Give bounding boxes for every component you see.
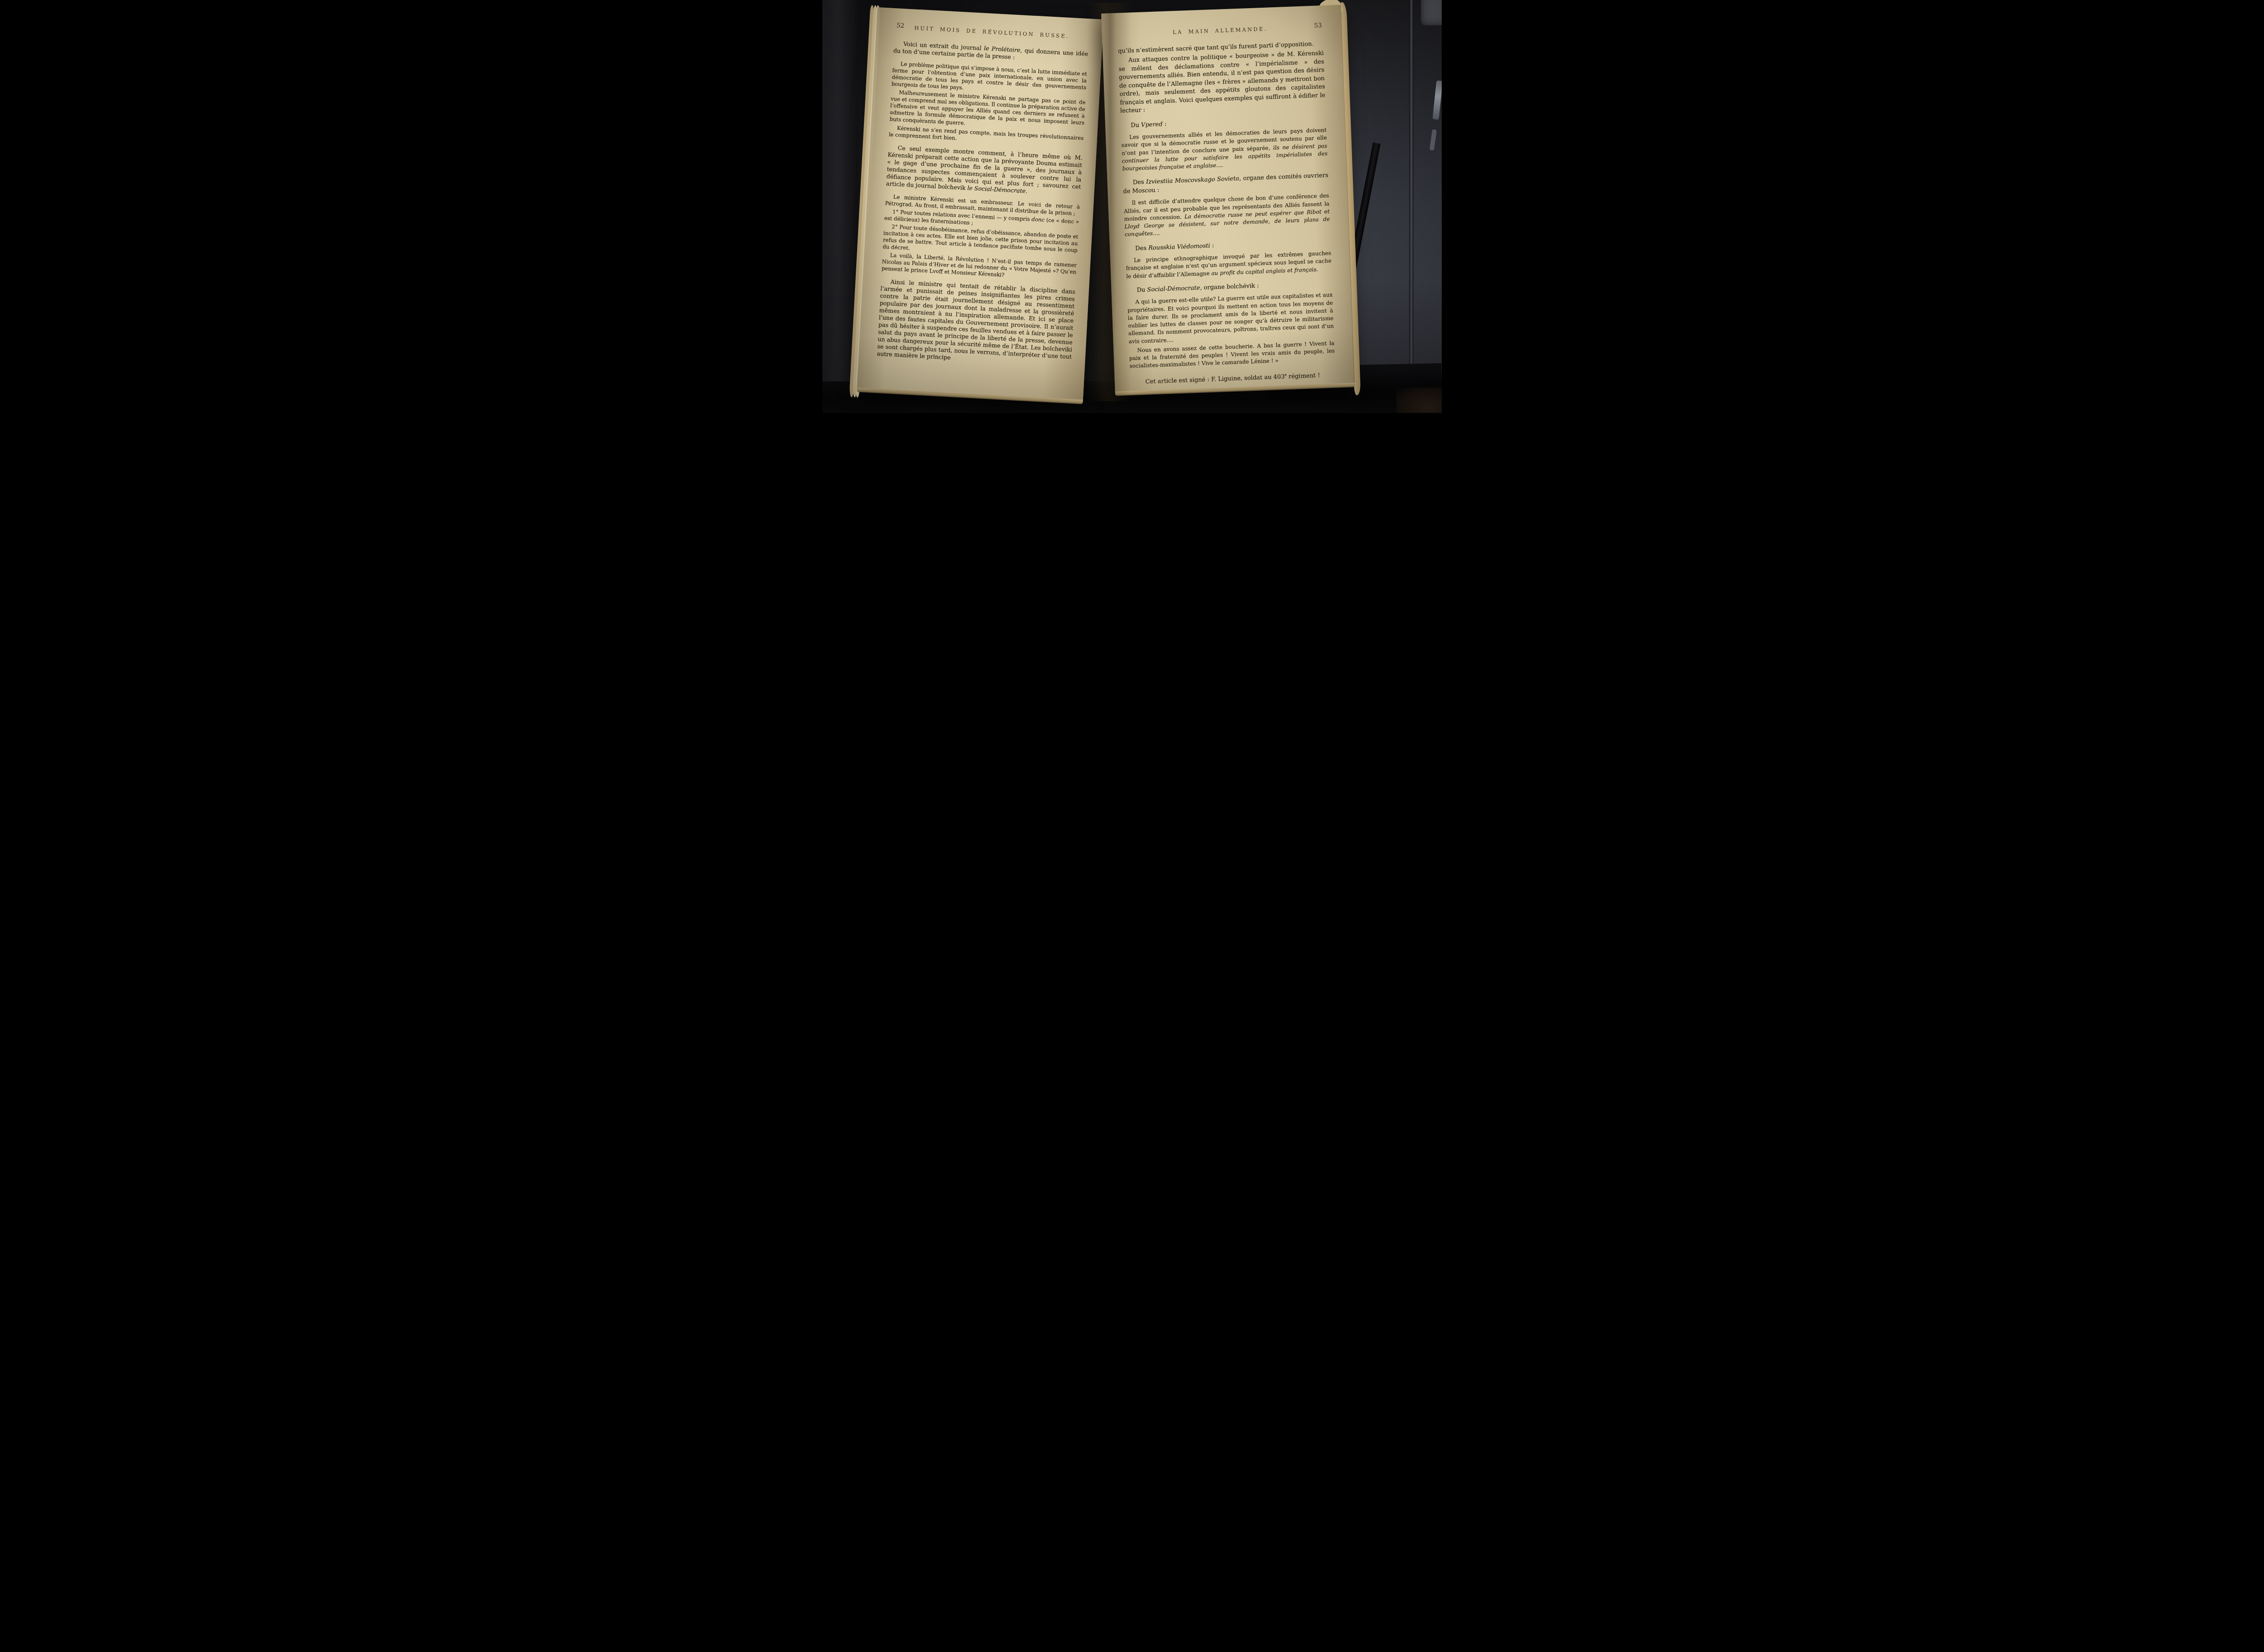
left-page-text: Voici un extrait du journal le Prolétair… xyxy=(877,40,1088,368)
open-book: 52 HUIT MOIS DE RÉVOLUTION RUSSE. Voici … xyxy=(822,0,1442,413)
right-page-header: LA MAIN ALLEMANDE. 53 xyxy=(1117,22,1323,43)
right-page: LA MAIN ALLEMANDE. 53 qu’ils n’estimèren… xyxy=(1101,5,1355,392)
running-title: LA MAIN ALLEMANDE. xyxy=(1117,24,1323,38)
paragraph: Ce seul exemple montre comment, à l’heur… xyxy=(886,144,1083,197)
left-page: 52 HUIT MOIS DE RÉVOLUTION RUSSE. Voici … xyxy=(857,7,1103,400)
quoted-excerpt: Il est difficile d’attendre quelque chos… xyxy=(1123,192,1330,239)
left-page-content: 52 HUIT MOIS DE RÉVOLUTION RUSSE. Voici … xyxy=(857,7,1103,400)
quoted-excerpt: A qui la guerre est-elle utile? La guerr… xyxy=(1127,291,1334,346)
page-number: 53 xyxy=(1314,22,1322,29)
book-photograph: 52 HUIT MOIS DE RÉVOLUTION RUSSE. Voici … xyxy=(822,0,1442,413)
right-page-text: qu’ils n’estimèrent sacré que tant qu’il… xyxy=(1118,40,1336,387)
paragraph: Cet article est signé : F. Liguine, sold… xyxy=(1130,371,1336,387)
right-page-content: LA MAIN ALLEMANDE. 53 qu’ils n’estimèren… xyxy=(1101,5,1355,392)
paragraph: Aux attaques contre la politique « bourg… xyxy=(1118,50,1326,116)
quoted-excerpt: Le principe ethnographique invoqué par l… xyxy=(1126,250,1332,280)
running-title: HUIT MOIS DE RÉVOLUTION RUSSE. xyxy=(894,24,1089,40)
quoted-excerpt: Les gouvernements alliés et les démocrat… xyxy=(1121,126,1328,173)
paragraph: Ainsi le ministre qui tentait de rétabli… xyxy=(877,278,1075,368)
paragraph: Des Izviestiia Moscovskago Sovieta, orga… xyxy=(1122,172,1329,196)
